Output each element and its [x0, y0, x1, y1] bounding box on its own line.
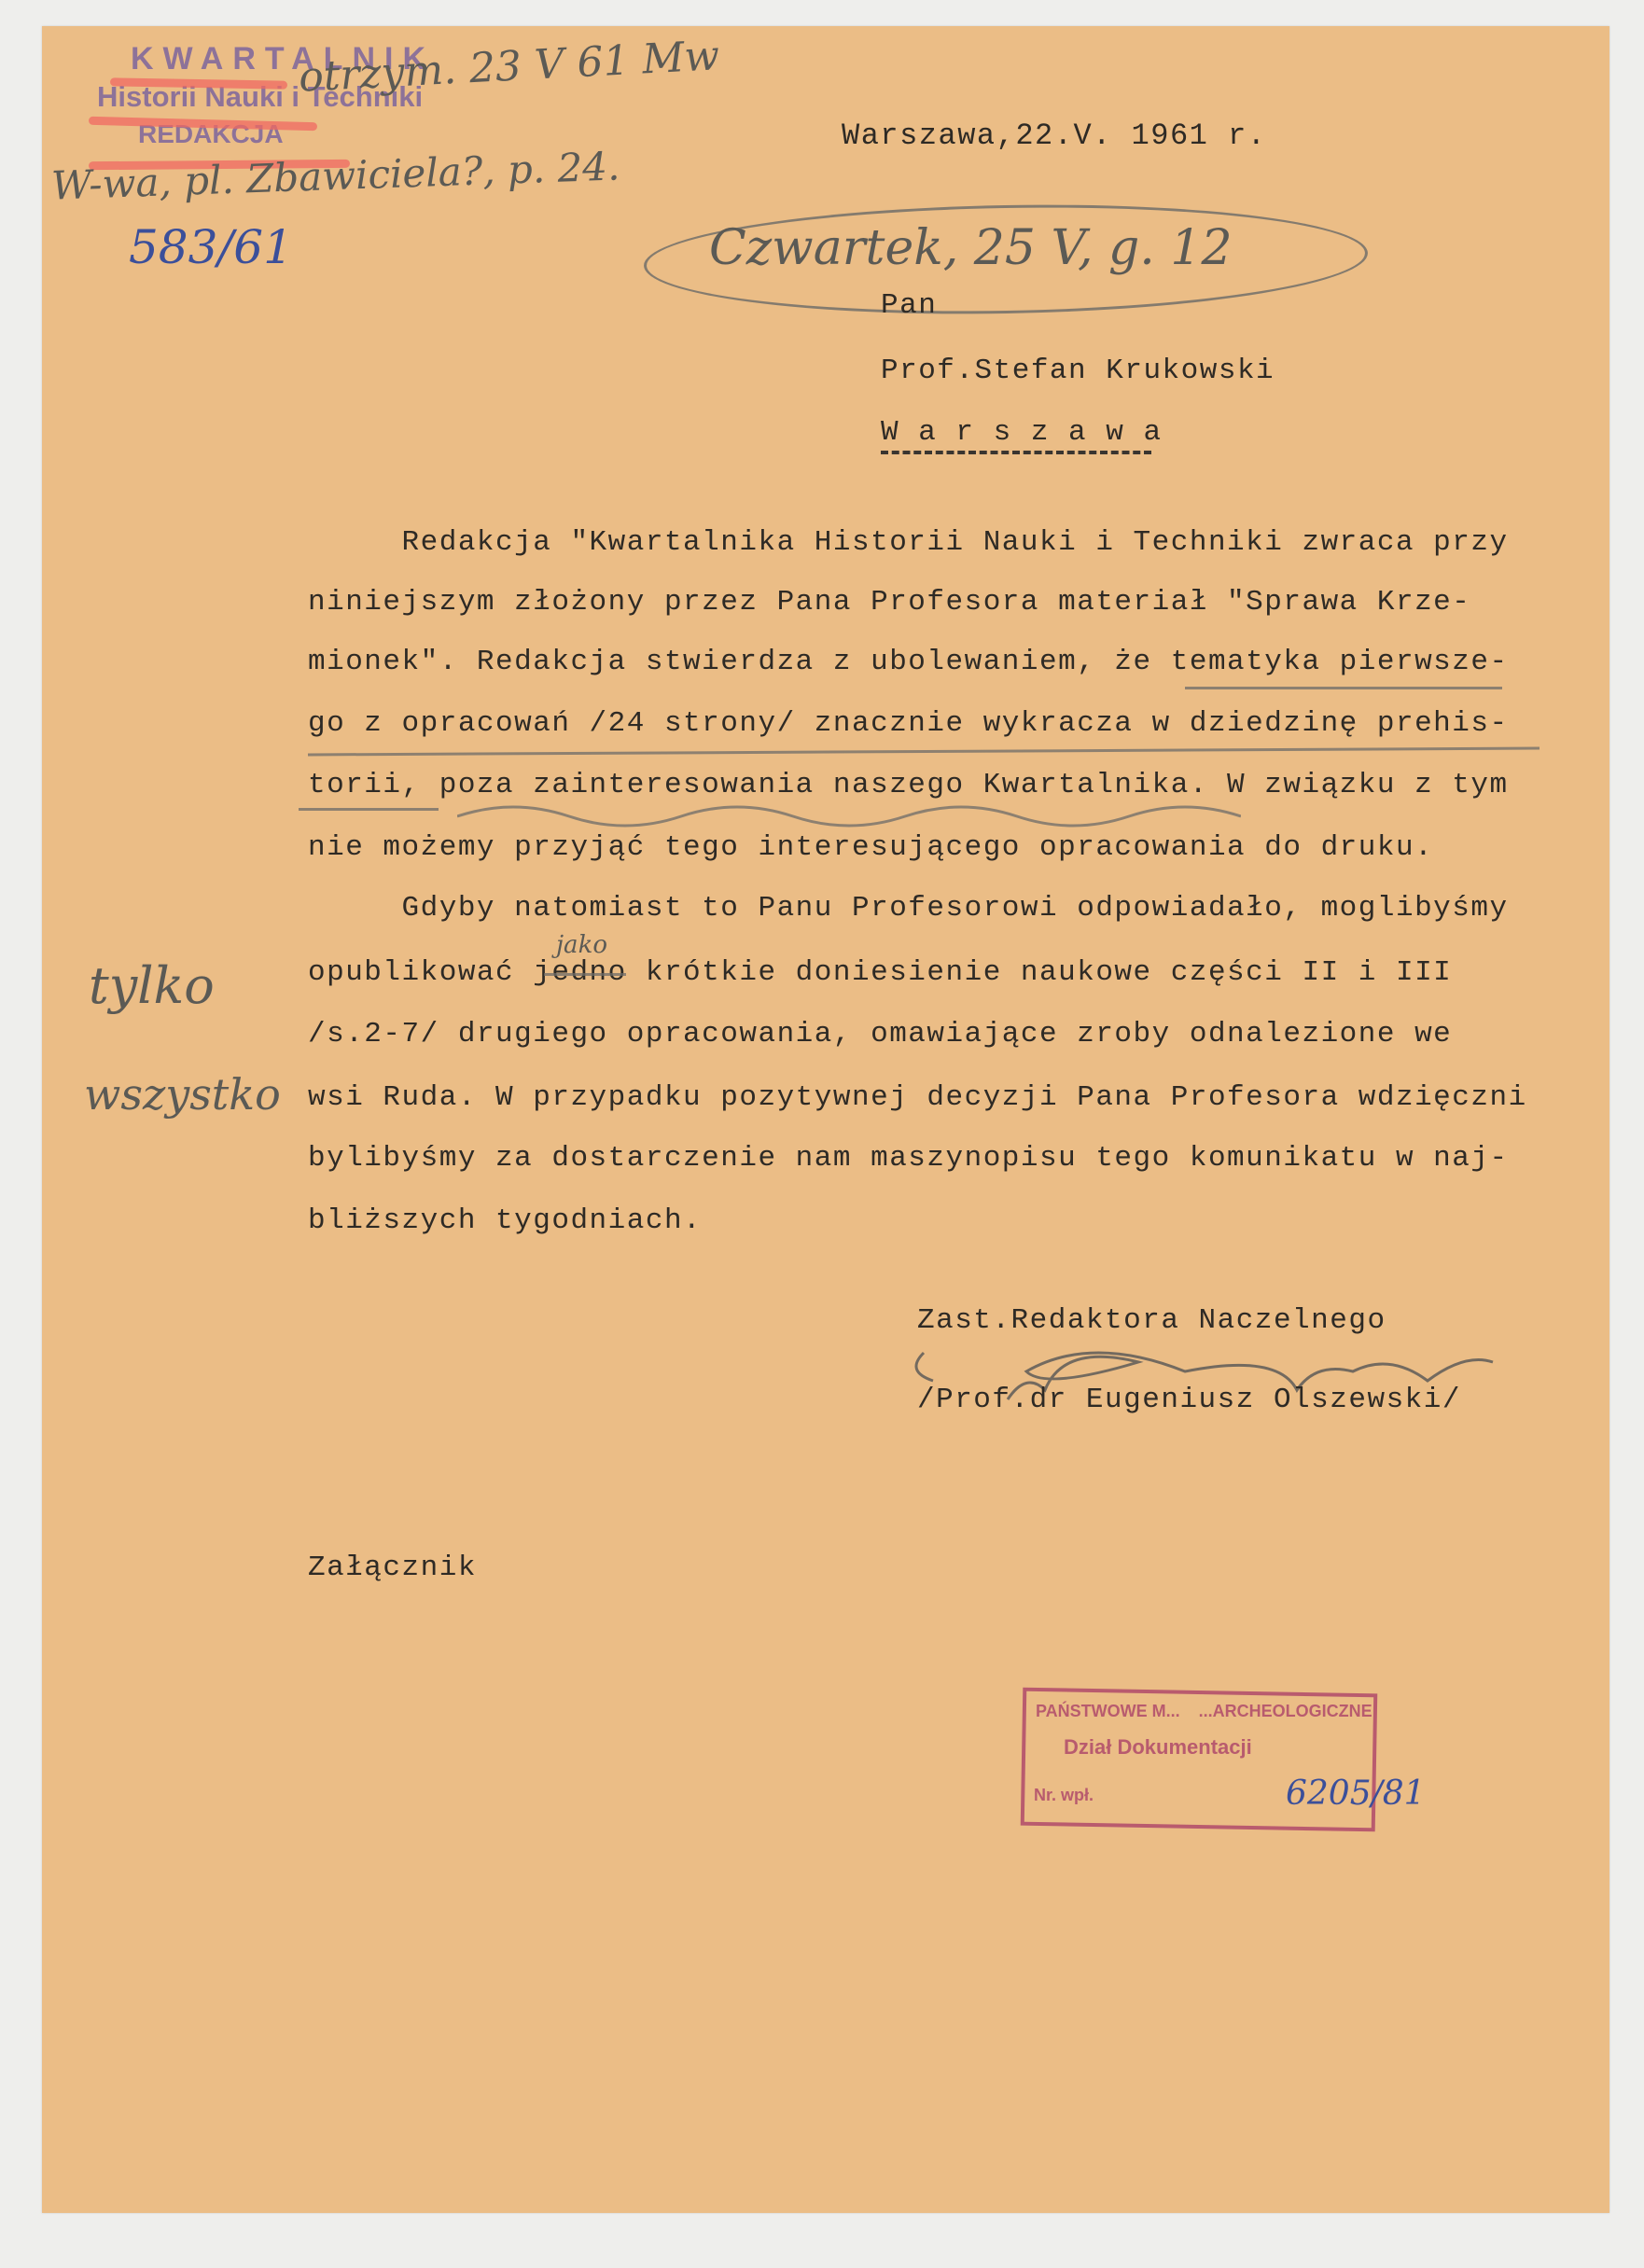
archive-stamp-entry-label: Nr. wpł. [1034, 1787, 1094, 1803]
archive-stamp-institution: PAŃSTWOWE M... ...ARCHEOLOGICZNE [1036, 1703, 1372, 1719]
body-line: opublikować jedno krótkie doniesienie na… [308, 958, 1452, 987]
body-line: wsi Ruda. W przypadku pozytywnej decyzji… [308, 1083, 1527, 1112]
letter-page [42, 26, 1609, 2213]
signature-name: /Prof.dr Eugeniusz Olszewski/ [917, 1385, 1461, 1414]
body-line: go z opracowań /24 strony/ znacznie wykr… [308, 709, 1509, 738]
body-line: bylibyśmy za dostarczenie nam maszynopis… [308, 1144, 1509, 1173]
recipient-salutation: Pan [881, 291, 937, 320]
place-and-date: Warszawa,22.V. 1961 r. [842, 121, 1266, 151]
enclosure-label: Załącznik [308, 1553, 477, 1582]
handwritten-meeting-note: Czwartek, 25 V, g. 12 [709, 224, 1233, 272]
archive-entry-number: 6205/81 [1286, 1777, 1426, 1811]
body-line: bliższych tygodniach. [308, 1206, 702, 1235]
body-line: Gdyby natomiast to Panu Profesorowi odpo… [308, 894, 1509, 923]
recipient-name: Prof.Stefan Krukowski [881, 356, 1275, 385]
recipient-city: W a r s z a w a [881, 418, 1163, 447]
margin-note-tylko: tylko [89, 961, 215, 1011]
handwritten-reference-number: 583/61 [129, 224, 293, 271]
body-line: niniejszym złożony przez Pana Profesora … [308, 588, 1470, 617]
pencil-underline-tematyka [1185, 687, 1502, 689]
body-line: /s.2-7/ drugiego opracowania, omawiające… [308, 1020, 1452, 1049]
pencil-wavy-underline [457, 798, 1241, 835]
city-underline [881, 451, 1151, 454]
correction-jako: jako [556, 933, 607, 957]
body-line: Redakcja "Kwartalnika Historii Nauki i T… [308, 528, 1509, 557]
signature-title: Zast.Redaktora Naczelnego [917, 1306, 1386, 1335]
body-line: mionek". Redakcja stwierdza z ubolewanie… [308, 647, 1509, 676]
pencil-underline-torii [299, 808, 439, 811]
body-line: torii, poza zainteresowania naszego Kwar… [308, 771, 1509, 800]
archive-stamp-department: Dział Dokumentacji [1064, 1737, 1252, 1758]
margin-note-wszystko: wszystko [84, 1073, 281, 1116]
body-line: nie możemy przyjąć tego interesującego o… [308, 833, 1433, 862]
strike-jedno [544, 973, 626, 976]
